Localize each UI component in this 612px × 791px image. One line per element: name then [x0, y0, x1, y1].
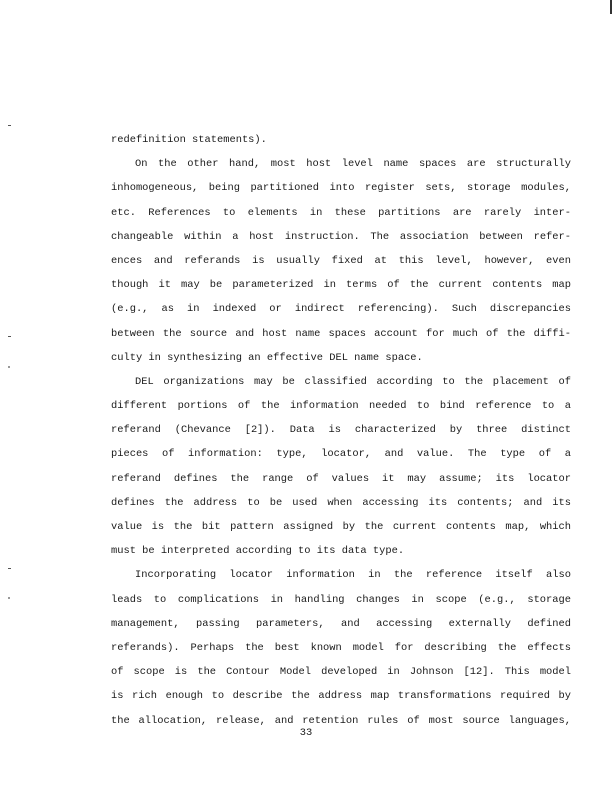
text-line: referand (Chevance [2]). Data is charact… [111, 418, 571, 442]
text-line: etc. References to elements in these par… [111, 201, 571, 225]
margin-mark [8, 568, 11, 569]
margin-mark [8, 597, 10, 599]
text-line: pieces of information: type, locator, an… [111, 442, 571, 466]
text-line: must be interpreted according to its dat… [111, 539, 571, 563]
text-line: Incorporating locator information in the… [111, 563, 571, 587]
text-line: redefinition statements). [111, 128, 571, 152]
text-line: value is the bit pattern assigned by the… [111, 515, 571, 539]
margin-mark [8, 125, 11, 126]
text-line: culty in synthesizing an effective DEL n… [111, 346, 571, 370]
page-number: 33 [0, 727, 612, 739]
text-line: management, passing parameters, and acce… [111, 612, 571, 636]
text-line: (e.g., as in indexed or indirect referen… [111, 297, 571, 321]
text-line: leads to complications in handling chang… [111, 588, 571, 612]
text-line: changeable within a host instruction. Th… [111, 225, 571, 249]
text-line: inhomogeneous, being partitioned into re… [111, 176, 571, 200]
text-line: ences and referands is usually fixed at … [111, 249, 571, 273]
text-line: DEL organizations may be classified acco… [111, 370, 571, 394]
text-line: different portions of the information ne… [111, 394, 571, 418]
text-line: of scope is the Contour Model developed … [111, 660, 571, 684]
document-page: redefinition statements).On the other ha… [0, 0, 612, 791]
text-line: referand defines the range of values it … [111, 467, 571, 491]
margin-mark [8, 336, 11, 337]
text-line: defines the address to be used when acce… [111, 491, 571, 515]
text-line: though it may be parameterized in terms … [111, 273, 571, 297]
text-line: On the other hand, most host level name … [111, 152, 571, 176]
text-line: is rich enough to describe the address m… [111, 684, 571, 708]
margin-mark [8, 366, 10, 368]
text-line: referands). Perhaps the best known model… [111, 636, 571, 660]
body-text: redefinition statements).On the other ha… [111, 128, 571, 733]
text-line: between the source and host name spaces … [111, 322, 571, 346]
